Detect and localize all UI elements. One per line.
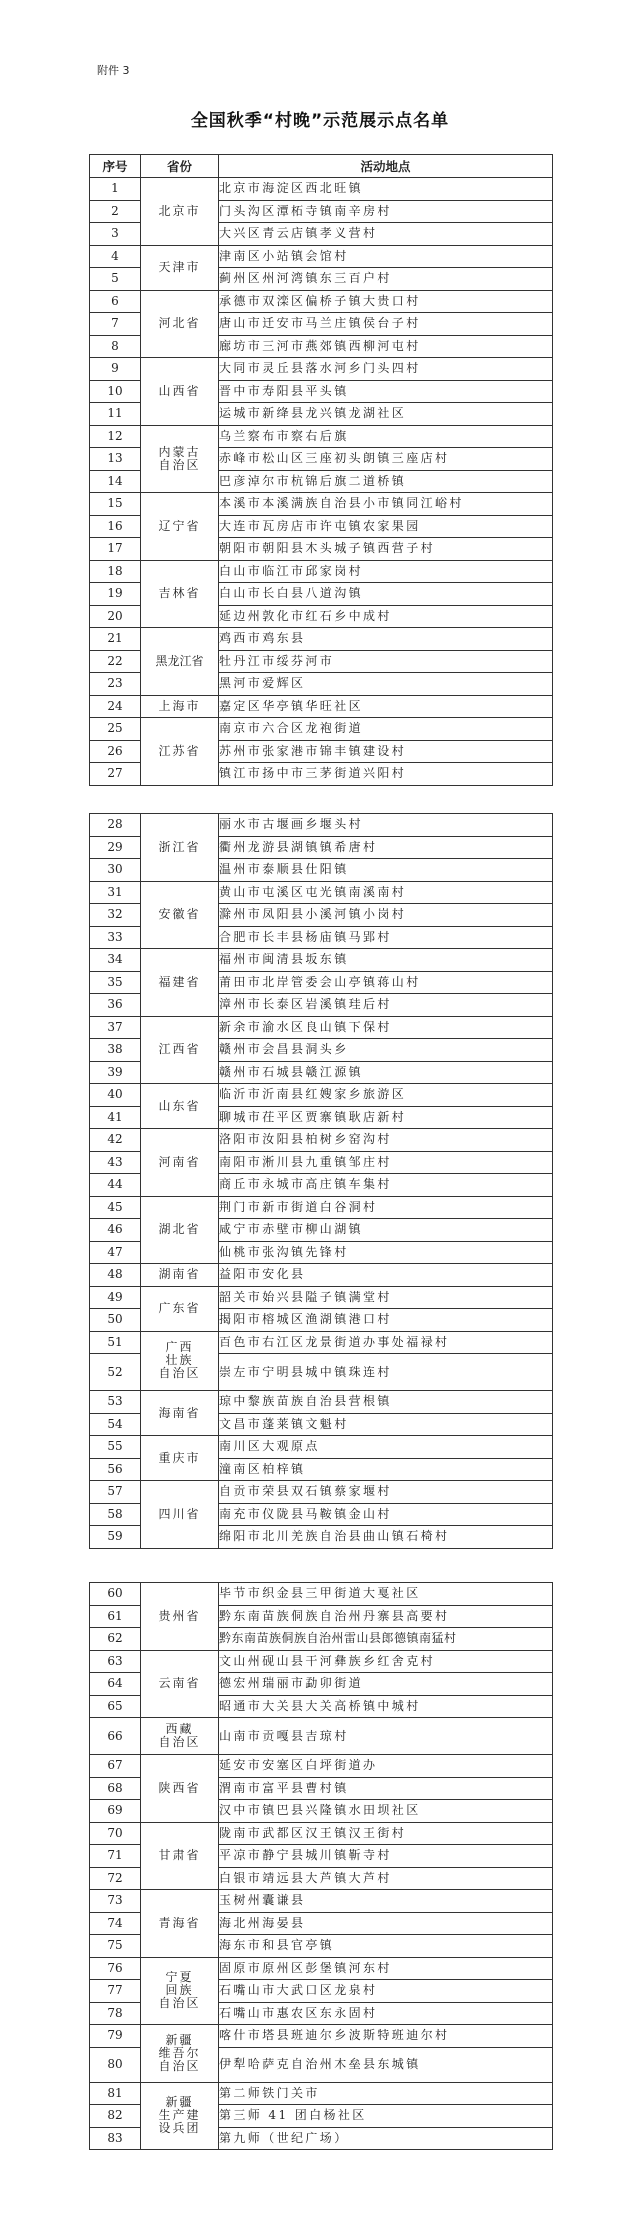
row-number: 11: [90, 403, 141, 426]
row-number: 30: [90, 859, 141, 882]
location-cell: 晋中市寿阳县平头镇: [219, 380, 553, 403]
row-number: 60: [90, 1583, 141, 1606]
row-number: 65: [90, 1695, 141, 1718]
row-number: 75: [90, 1935, 141, 1958]
table-row: 42河南省洛阳市汝阳县柏树乡窑沟村: [90, 1129, 553, 1152]
demo-sites-table-part-1: 序号 省份 活动地点 1北京市北京市海淀区西北旺镇 2门头沟区潭柘寺镇南辛房村 …: [89, 154, 553, 786]
row-number: 83: [90, 2127, 141, 2150]
row-number: 73: [90, 1890, 141, 1913]
location-cell: 延安市安塞区白坪街道办: [219, 1755, 553, 1778]
location-cell: 百色市右江区龙景街道办事处福禄村: [219, 1331, 553, 1354]
province-cell: 贵州省: [141, 1583, 219, 1651]
province-cell: 西藏 自治区: [141, 1718, 219, 1755]
location-cell: 苏州市张家港市锦丰镇建设村: [219, 740, 553, 763]
row-number: 77: [90, 1980, 141, 2003]
table-header-row: 序号 省份 活动地点: [90, 155, 553, 178]
row-number: 7: [90, 313, 141, 336]
column-header-province: 省份: [141, 155, 219, 178]
table-row: 60贵州省毕节市织金县三甲街道大戛社区: [90, 1583, 553, 1606]
location-cell: 自贡市荣县双石镇蔡家堰村: [219, 1481, 553, 1504]
row-number: 81: [90, 2082, 141, 2105]
location-cell: 第二师铁门关市: [219, 2082, 553, 2105]
table-row: 37江西省新余市渝水区良山镇下保村: [90, 1016, 553, 1039]
row-number: 23: [90, 673, 141, 696]
province-cell: 陕西省: [141, 1755, 219, 1823]
location-cell: 揭阳市榕城区渔湖镇港口村: [219, 1309, 553, 1332]
location-cell: 仙桃市张沟镇先锋村: [219, 1241, 553, 1264]
location-cell: 海北州海晏县: [219, 1912, 553, 1935]
province-cell: 吉林省: [141, 560, 219, 628]
location-cell: 白山市临江市邱家岗村: [219, 560, 553, 583]
location-cell: 漳州市长泰区岩溪镇珪后村: [219, 994, 553, 1017]
location-cell: 绵阳市北川羌族自治县曲山镇石椅村: [219, 1526, 553, 1549]
location-cell: 南京市六合区龙袍街道: [219, 718, 553, 741]
row-number: 55: [90, 1436, 141, 1459]
location-cell: 益阳市安化县: [219, 1264, 553, 1287]
location-cell: 门头沟区潭柘寺镇南辛房村: [219, 200, 553, 223]
table-row: 24上海市嘉定区华亭镇华旺社区: [90, 695, 553, 718]
location-cell: 南川区大观原点: [219, 1436, 553, 1459]
row-number: 43: [90, 1151, 141, 1174]
location-cell: 赤峰市松山区三座初头朗镇三座店村: [219, 448, 553, 471]
row-number: 8: [90, 335, 141, 358]
row-number: 1: [90, 178, 141, 201]
location-cell: 商丘市永城市高庄镇车集村: [219, 1174, 553, 1197]
row-number: 32: [90, 904, 141, 927]
row-number: 59: [90, 1526, 141, 1549]
row-number: 33: [90, 926, 141, 949]
location-cell: 固原市原州区彭堡镇河东村: [219, 1957, 553, 1980]
location-cell: 汉中市镇巴县兴隆镇水田坝社区: [219, 1800, 553, 1823]
location-cell: 韶关市始兴县隘子镇满堂村: [219, 1286, 553, 1309]
row-number: 25: [90, 718, 141, 741]
table-row: 79新疆 维吾尔 自治区喀什市塔县班迪尔乡波斯特班迪尔村: [90, 2025, 553, 2048]
column-header-location: 活动地点: [219, 155, 553, 178]
row-number: 3: [90, 223, 141, 246]
table-row: 51广西 壮族 自治区百色市右江区龙景街道办事处福禄村: [90, 1331, 553, 1354]
location-cell: 玉树州囊谦县: [219, 1890, 553, 1913]
location-cell: 镇江市扬中市三茅街道兴阳村: [219, 763, 553, 786]
row-number: 72: [90, 1867, 141, 1890]
province-cell: 新疆 生产建 设兵团: [141, 2082, 219, 2150]
province-cell: 广东省: [141, 1286, 219, 1331]
row-number: 12: [90, 425, 141, 448]
location-cell: 聊城市茌平区贾寨镇耿店新村: [219, 1106, 553, 1129]
location-cell: 第九师（世纪广场）: [219, 2127, 553, 2150]
location-cell: 赣州市会昌县洞头乡: [219, 1039, 553, 1062]
row-number: 19: [90, 583, 141, 606]
table-row: 28浙江省丽水市古堰画乡堰头村: [90, 814, 553, 837]
row-number: 28: [90, 814, 141, 837]
table-row: 15辽宁省本溪市本溪满族自治县小市镇同江峪村: [90, 493, 553, 516]
location-cell: 文山州砚山县干河彝族乡红舍克村: [219, 1650, 553, 1673]
province-cell: 广西 壮族 自治区: [141, 1331, 219, 1391]
row-number: 36: [90, 994, 141, 1017]
province-cell: 辽宁省: [141, 493, 219, 561]
table-row: 55重庆市南川区大观原点: [90, 1436, 553, 1459]
location-cell: 黄山市屯溪区屯光镇南溪南村: [219, 881, 553, 904]
province-cell: 山西省: [141, 358, 219, 426]
location-cell: 咸宁市赤壁市柳山湖镇: [219, 1219, 553, 1242]
row-number: 45: [90, 1196, 141, 1219]
row-number: 58: [90, 1503, 141, 1526]
row-number: 26: [90, 740, 141, 763]
row-number: 40: [90, 1084, 141, 1107]
row-number: 68: [90, 1777, 141, 1800]
row-number: 74: [90, 1912, 141, 1935]
location-cell: 合肥市长丰县杨庙镇马郢村: [219, 926, 553, 949]
row-number: 9: [90, 358, 141, 381]
row-number: 80: [90, 2047, 141, 2082]
row-number: 51: [90, 1331, 141, 1354]
table-row: 57四川省自贡市荣县双石镇蔡家堰村: [90, 1481, 553, 1504]
table-row: 48湖南省益阳市安化县: [90, 1264, 553, 1287]
location-cell: 大连市瓦房店市许屯镇农家果园: [219, 515, 553, 538]
row-number: 37: [90, 1016, 141, 1039]
table-row: 63云南省文山州砚山县干河彝族乡红舍克村: [90, 1650, 553, 1673]
location-cell: 黔东南苗族侗族自治州雷山县郎德镇南猛村: [219, 1628, 553, 1651]
row-number: 61: [90, 1605, 141, 1628]
province-cell: 山东省: [141, 1084, 219, 1129]
attachment-label: 附件 3: [97, 62, 130, 78]
table-row: 21黑龙江省鸡西市鸡东县: [90, 628, 553, 651]
location-cell: 黑河市爱辉区: [219, 673, 553, 696]
row-number: 82: [90, 2105, 141, 2128]
province-cell: 湖南省: [141, 1264, 219, 1287]
location-cell: 文昌市蓬莱镇文魁村: [219, 1413, 553, 1436]
row-number: 35: [90, 971, 141, 994]
location-cell: 鸡西市鸡东县: [219, 628, 553, 651]
column-header-number: 序号: [90, 155, 141, 178]
location-cell: 本溪市本溪满族自治县小市镇同江峪村: [219, 493, 553, 516]
row-number: 38: [90, 1039, 141, 1062]
location-cell: 唐山市迁安市马兰庄镇侯台子村: [219, 313, 553, 336]
location-cell: 黔东南苗族侗族自治州丹寨县高要村: [219, 1605, 553, 1628]
table-row: 45湖北省荆门市新市街道白谷洞村: [90, 1196, 553, 1219]
province-cell: 天津市: [141, 245, 219, 290]
location-cell: 乌兰察布市察右后旗: [219, 425, 553, 448]
table-row: 70甘肃省陇南市武都区汉王镇汉王街村: [90, 1822, 553, 1845]
province-cell: 云南省: [141, 1650, 219, 1718]
location-cell: 石嘴山市大武口区龙泉村: [219, 1980, 553, 2003]
row-number: 34: [90, 949, 141, 972]
location-cell: 白银市靖远县大芦镇大芦村: [219, 1867, 553, 1890]
row-number: 22: [90, 650, 141, 673]
location-cell: 新余市渝水区良山镇下保村: [219, 1016, 553, 1039]
location-cell: 伊犁哈萨克自治州木垒县东城镇: [219, 2047, 553, 2082]
location-cell: 福州市闽清县坂东镇: [219, 949, 553, 972]
location-cell: 朝阳市朝阳县木头城子镇西营子村: [219, 538, 553, 561]
location-cell: 嘉定区华亭镇华旺社区: [219, 695, 553, 718]
row-number: 64: [90, 1673, 141, 1696]
row-number: 14: [90, 470, 141, 493]
province-cell: 安徽省: [141, 881, 219, 949]
location-cell: 山南市贡嘎县吉琼村: [219, 1718, 553, 1755]
location-cell: 南充市仪陇县马鞍镇金山村: [219, 1503, 553, 1526]
table-row: 40山东省临沂市沂南县红嫂家乡旅游区: [90, 1084, 553, 1107]
row-number: 13: [90, 448, 141, 471]
province-cell: 甘肃省: [141, 1822, 219, 1890]
location-cell: 大兴区青云店镇孝义营村: [219, 223, 553, 246]
location-cell: 运城市新绛县龙兴镇龙湖社区: [219, 403, 553, 426]
location-cell: 平凉市静宁县城川镇靳寺村: [219, 1845, 553, 1868]
table-row: 18吉林省白山市临江市邱家岗村: [90, 560, 553, 583]
table-row: 49广东省韶关市始兴县隘子镇满堂村: [90, 1286, 553, 1309]
province-cell: 浙江省: [141, 814, 219, 882]
location-cell: 承德市双滦区偏桥子镇大贵口村: [219, 290, 553, 313]
table-row: 81新疆 生产建 设兵团第二师铁门关市: [90, 2082, 553, 2105]
row-number: 66: [90, 1718, 141, 1755]
location-cell: 石嘴山市惠农区东永固村: [219, 2002, 553, 2025]
location-cell: 蓟州区州河湾镇东三百户村: [219, 268, 553, 291]
province-cell: 宁夏 回族 自治区: [141, 1957, 219, 2025]
location-cell: 洛阳市汝阳县柏树乡窑沟村: [219, 1129, 553, 1152]
row-number: 70: [90, 1822, 141, 1845]
row-number: 29: [90, 836, 141, 859]
row-number: 20: [90, 605, 141, 628]
table-row: 73青海省玉树州囊谦县: [90, 1890, 553, 1913]
row-number: 39: [90, 1061, 141, 1084]
location-cell: 丽水市古堰画乡堰头村: [219, 814, 553, 837]
location-cell: 滁州市凤阳县小溪河镇小岗村: [219, 904, 553, 927]
row-number: 2: [90, 200, 141, 223]
table-row: 67陕西省延安市安塞区白坪街道办: [90, 1755, 553, 1778]
row-number: 57: [90, 1481, 141, 1504]
location-cell: 潼南区柏梓镇: [219, 1458, 553, 1481]
location-cell: 临沂市沂南县红嫂家乡旅游区: [219, 1084, 553, 1107]
province-cell: 四川省: [141, 1481, 219, 1549]
province-cell: 黑龙江省: [141, 628, 219, 696]
row-number: 69: [90, 1800, 141, 1823]
row-number: 44: [90, 1174, 141, 1197]
row-number: 17: [90, 538, 141, 561]
table-row: 12内蒙古 自治区乌兰察布市察右后旗: [90, 425, 553, 448]
row-number: 71: [90, 1845, 141, 1868]
province-cell: 新疆 维吾尔 自治区: [141, 2025, 219, 2083]
table-row: 76宁夏 回族 自治区固原市原州区彭堡镇河东村: [90, 1957, 553, 1980]
table-row: 31安徽省黄山市屯溪区屯光镇南溪南村: [90, 881, 553, 904]
province-cell: 内蒙古 自治区: [141, 425, 219, 493]
location-cell: 德宏州瑞丽市勐卯街道: [219, 1673, 553, 1696]
location-cell: 廊坊市三河市燕郊镇西柳河屯村: [219, 335, 553, 358]
location-cell: 荆门市新市街道白谷洞村: [219, 1196, 553, 1219]
province-cell: 青海省: [141, 1890, 219, 1958]
province-cell: 湖北省: [141, 1196, 219, 1264]
province-cell: 重庆市: [141, 1436, 219, 1481]
row-number: 79: [90, 2025, 141, 2048]
row-number: 41: [90, 1106, 141, 1129]
location-cell: 琼中黎族苗族自治县营根镇: [219, 1391, 553, 1414]
demo-sites-table-part-2: 28浙江省丽水市古堰画乡堰头村 29衢州龙游县湖镇镇希唐村 30温州市泰顺县仕阳…: [89, 813, 553, 1549]
location-cell: 巴彦淖尔市杭锦后旗二道桥镇: [219, 470, 553, 493]
location-cell: 津南区小站镇会馆村: [219, 245, 553, 268]
row-number: 27: [90, 763, 141, 786]
table-row: 53海南省琼中黎族苗族自治县营根镇: [90, 1391, 553, 1414]
row-number: 67: [90, 1755, 141, 1778]
location-cell: 渭南市富平县曹村镇: [219, 1777, 553, 1800]
province-cell: 河北省: [141, 290, 219, 358]
location-cell: 南阳市淅川县九重镇邹庄村: [219, 1151, 553, 1174]
row-number: 10: [90, 380, 141, 403]
row-number: 48: [90, 1264, 141, 1287]
row-number: 78: [90, 2002, 141, 2025]
row-number: 53: [90, 1391, 141, 1414]
row-number: 31: [90, 881, 141, 904]
table-row: 4天津市津南区小站镇会馆村: [90, 245, 553, 268]
table-row: 25江苏省南京市六合区龙袍街道: [90, 718, 553, 741]
location-cell: 崇左市宁明县城中镇珠连村: [219, 1354, 553, 1391]
row-number: 21: [90, 628, 141, 651]
table-row: 66西藏 自治区山南市贡嘎县吉琼村: [90, 1718, 553, 1755]
table-row: 1北京市北京市海淀区西北旺镇: [90, 178, 553, 201]
table-row: 6河北省承德市双滦区偏桥子镇大贵口村: [90, 290, 553, 313]
row-number: 49: [90, 1286, 141, 1309]
province-cell: 海南省: [141, 1391, 219, 1436]
table-row: 34福建省福州市闽清县坂东镇: [90, 949, 553, 972]
row-number: 52: [90, 1354, 141, 1391]
row-number: 15: [90, 493, 141, 516]
row-number: 6: [90, 290, 141, 313]
row-number: 24: [90, 695, 141, 718]
row-number: 4: [90, 245, 141, 268]
location-cell: 第三师 41 团白杨社区: [219, 2105, 553, 2128]
province-cell: 河南省: [141, 1129, 219, 1197]
location-cell: 大同市灵丘县落水河乡门头四村: [219, 358, 553, 381]
table-row: 9山西省大同市灵丘县落水河乡门头四村: [90, 358, 553, 381]
row-number: 50: [90, 1309, 141, 1332]
row-number: 62: [90, 1628, 141, 1651]
province-cell: 江苏省: [141, 718, 219, 786]
location-cell: 北京市海淀区西北旺镇: [219, 178, 553, 201]
row-number: 42: [90, 1129, 141, 1152]
location-cell: 延边州敦化市红石乡中成村: [219, 605, 553, 628]
row-number: 16: [90, 515, 141, 538]
row-number: 47: [90, 1241, 141, 1264]
row-number: 63: [90, 1650, 141, 1673]
location-cell: 昭通市大关县大关高桥镇中城村: [219, 1695, 553, 1718]
demo-sites-table-part-3: 60贵州省毕节市织金县三甲街道大戛社区 61黔东南苗族侗族自治州丹寨县高要村 6…: [89, 1582, 553, 2150]
location-cell: 海东市和县官亭镇: [219, 1935, 553, 1958]
province-cell: 福建省: [141, 949, 219, 1017]
row-number: 76: [90, 1957, 141, 1980]
location-cell: 赣州市石城县赣江源镇: [219, 1061, 553, 1084]
row-number: 18: [90, 560, 141, 583]
row-number: 54: [90, 1413, 141, 1436]
location-cell: 白山市长白县八道沟镇: [219, 583, 553, 606]
location-cell: 陇南市武都区汉王镇汉王街村: [219, 1822, 553, 1845]
province-cell: 江西省: [141, 1016, 219, 1084]
location-cell: 喀什市塔县班迪尔乡波斯特班迪尔村: [219, 2025, 553, 2048]
row-number: 46: [90, 1219, 141, 1242]
province-cell: 北京市: [141, 178, 219, 246]
page-title: 全国秋季“村晚”示范展示点名单: [0, 106, 640, 131]
location-cell: 莆田市北岸管委会山亭镇蒋山村: [219, 971, 553, 994]
province-cell: 上海市: [141, 695, 219, 718]
row-number: 56: [90, 1458, 141, 1481]
location-cell: 牡丹江市绥芬河市: [219, 650, 553, 673]
location-cell: 毕节市织金县三甲街道大戛社区: [219, 1583, 553, 1606]
row-number: 5: [90, 268, 141, 291]
location-cell: 衢州龙游县湖镇镇希唐村: [219, 836, 553, 859]
location-cell: 温州市泰顺县仕阳镇: [219, 859, 553, 882]
